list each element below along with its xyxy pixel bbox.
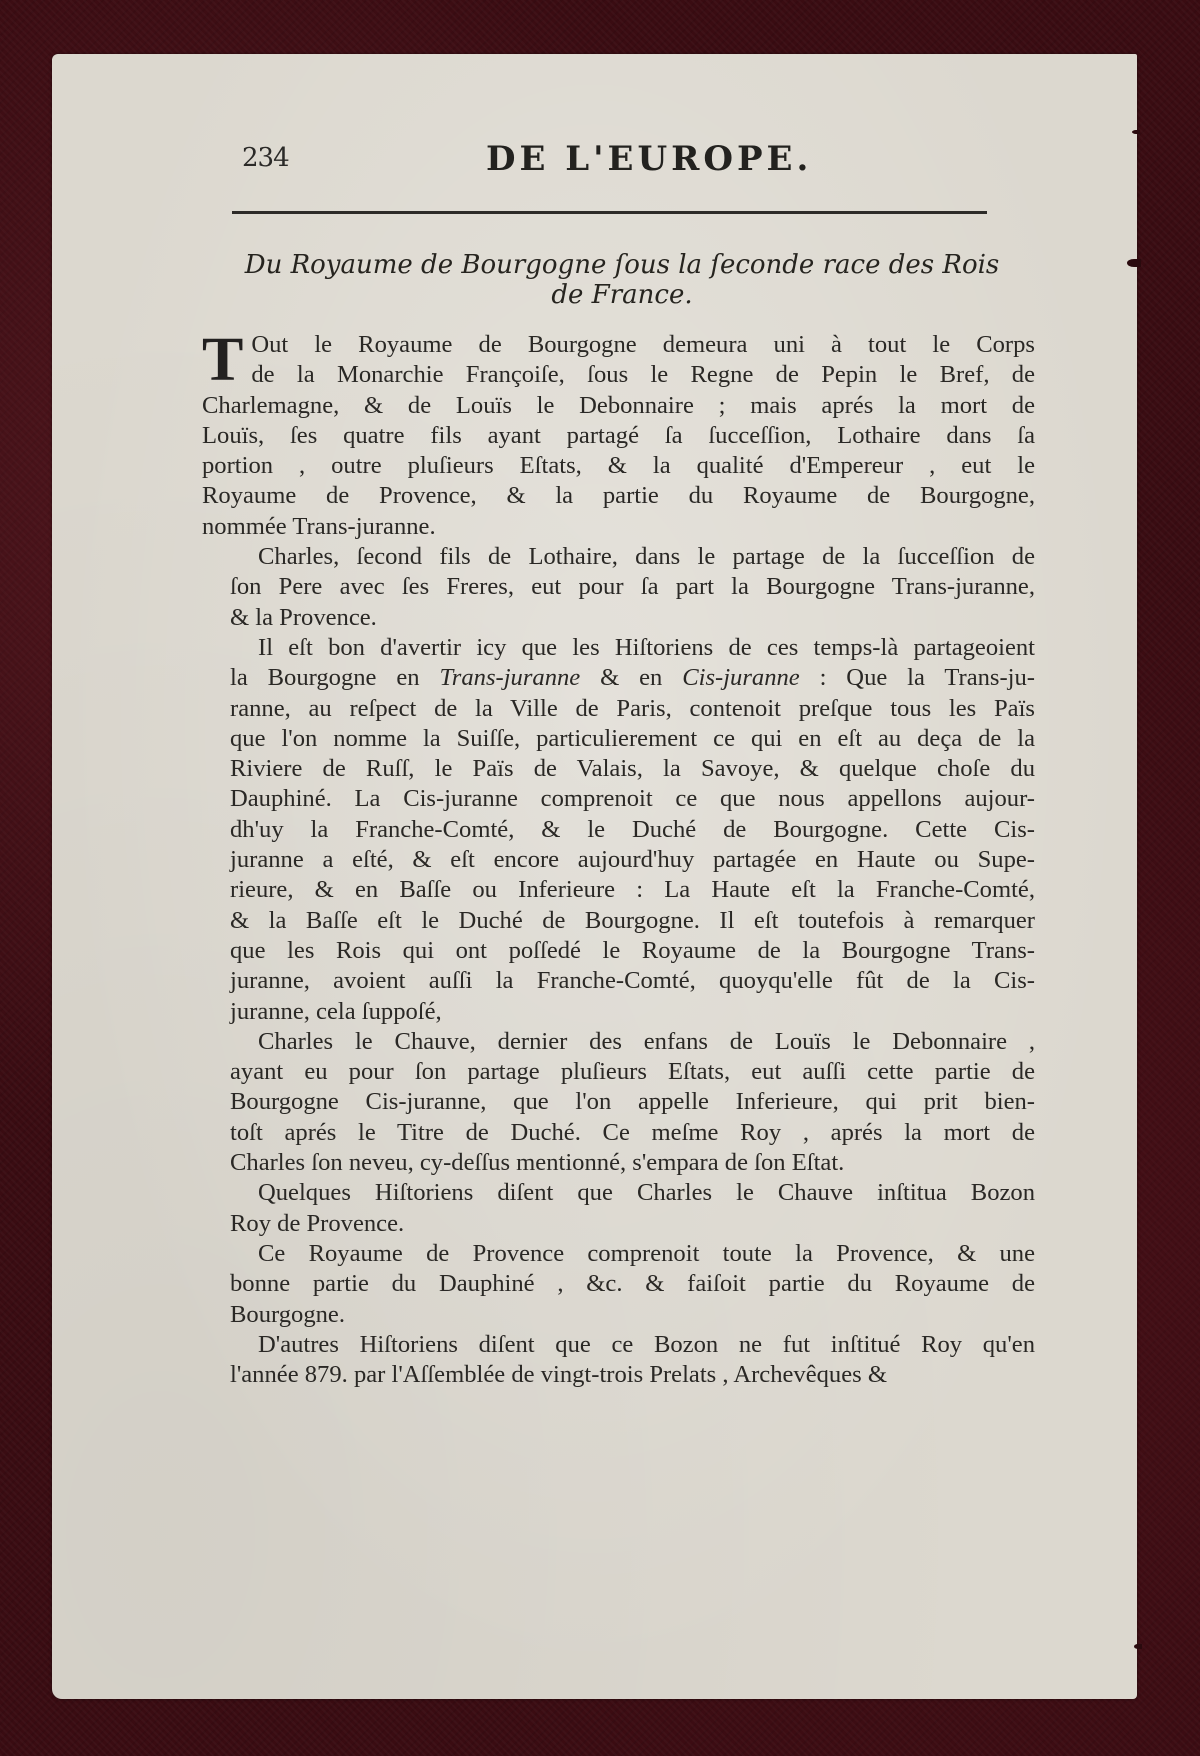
text-line: Quelques Hiſtoriens diſent que Charles l… [202, 1178, 1035, 1208]
body-text: T Out le Royaume de Bourgogne demeura un… [202, 330, 1035, 1390]
page-edge-tear [1127, 259, 1141, 267]
text-line: portion , outre pluſieurs Eſtats, & la q… [202, 451, 1035, 481]
text-line: Il eſt bon d'avertir icy que les Hiſtori… [202, 633, 1035, 663]
text-line: ayant eu pour ſon partage pluſieurs Eſta… [202, 1057, 1035, 1087]
paragraph: Charles, ſecond fils de Lothaire, dans l… [202, 542, 1035, 633]
text-line: la Bourgogne en Trans-juranne & en Cis-j… [202, 663, 1035, 693]
text-line: Dauphiné. La Cis-juranne comprenoit ce q… [202, 784, 1035, 814]
header-rule [232, 211, 987, 214]
text-line: ranne, au reſpect de la Ville de Paris, … [202, 694, 1035, 724]
text-line: Out le Royaume de Bourgogne demeura uni … [202, 330, 1035, 360]
paragraph: D'autres Hiſtoriens diſent que ce Bozon … [202, 1330, 1035, 1391]
running-head-title: DE L'EUROPE. [486, 139, 812, 179]
text-line: bonne partie du Dauphiné , &c. & faiſoit… [202, 1269, 1035, 1299]
text-line: que l'on nomme la Suiſſe, particuliereme… [202, 724, 1035, 754]
text-line: nommée Trans-juranne. [202, 512, 1035, 542]
text-line: juranne a eſté, & eſt encore aujourd'huy… [202, 845, 1035, 875]
text-line: Bourgogne Cis-juranne, que l'on appelle … [202, 1087, 1035, 1117]
text-line: Charles le Chauve, dernier des enfans de… [202, 1027, 1035, 1057]
text-line: toſt aprés le Titre de Duché. Ce meſme R… [202, 1118, 1035, 1148]
section-title-line-2: de France. [192, 280, 1052, 310]
text-line: l'année 879. par l'Aſſemblée de vingt-tr… [202, 1360, 1035, 1390]
text-line: & la Baſſe eſt le Duché de Bourgogne. Il… [202, 906, 1035, 936]
text-line: Ce Royaume de Provence comprenoit toute … [202, 1239, 1035, 1269]
paragraph: Il eſt bon d'avertir icy que les Hiſtori… [202, 633, 1035, 1027]
text-line: juranne, avoient auſſi la Franche-Comté,… [202, 966, 1035, 996]
text-line: & la Provence. [202, 603, 1035, 633]
text-line: Bourgogne. [202, 1300, 1035, 1330]
page-edge-tear [1134, 1644, 1142, 1649]
italic-term: Cis-juranne [682, 664, 800, 691]
paragraph: Out le Royaume de Bourgogne demeura uni … [202, 330, 1035, 542]
paragraph: Charles le Chauve, dernier des enfans de… [202, 1027, 1035, 1178]
text-line: juranne, cela ſuppoſé, [202, 997, 1035, 1027]
text-line: Riviere de Ruſſ, le Païs de Valais, la S… [202, 754, 1035, 784]
running-head: 234 DE L'EUROPE. [242, 139, 1042, 179]
text-line: que les Rois qui ont poſſedé le Royaume … [202, 936, 1035, 966]
text-line: Charles, ſecond fils de Lothaire, dans l… [202, 542, 1035, 572]
italic-term: Trans-juranne [439, 664, 580, 691]
page-edge-tear [1132, 130, 1140, 134]
section-title-line-1: Du Royaume de Bourgogne ſous la ſeconde … [192, 250, 1052, 280]
text-line: Royaume de Provence, & la partie du Roya… [202, 481, 1035, 511]
text-line: Louïs, ſes quatre fils ayant partagé ſa … [202, 421, 1035, 451]
text-line: Roy de Provence. [202, 1209, 1035, 1239]
page-number: 234 [242, 143, 289, 173]
text-line: ſon Pere avec ſes Freres, eut pour ſa pa… [202, 572, 1035, 602]
paragraph: Ce Royaume de Provence comprenoit toute … [202, 1239, 1035, 1330]
text-line: dh'uy la Franche-Comté, & le Duché de Bo… [202, 815, 1035, 845]
text-line: rieure, & en Baſſe ou Inferieure : La Ha… [202, 875, 1035, 905]
paragraph: Quelques Hiſtoriens diſent que Charles l… [202, 1178, 1035, 1239]
section-title: Du Royaume de Bourgogne ſous la ſeconde … [192, 250, 1052, 310]
book-page: 234 DE L'EUROPE. Du Royaume de Bourgogne… [52, 54, 1137, 1699]
text-line: D'autres Hiſtoriens diſent que ce Bozon … [202, 1330, 1035, 1360]
text-line: Charlemagne, & de Louïs le Debonnaire ; … [202, 391, 1035, 421]
text-line: de la Monarchie Françoiſe, ſous le Regne… [202, 360, 1035, 390]
drop-cap: T [202, 332, 243, 388]
text-line: Charles ſon neveu, cy-deſſus mentionné, … [202, 1148, 1035, 1178]
